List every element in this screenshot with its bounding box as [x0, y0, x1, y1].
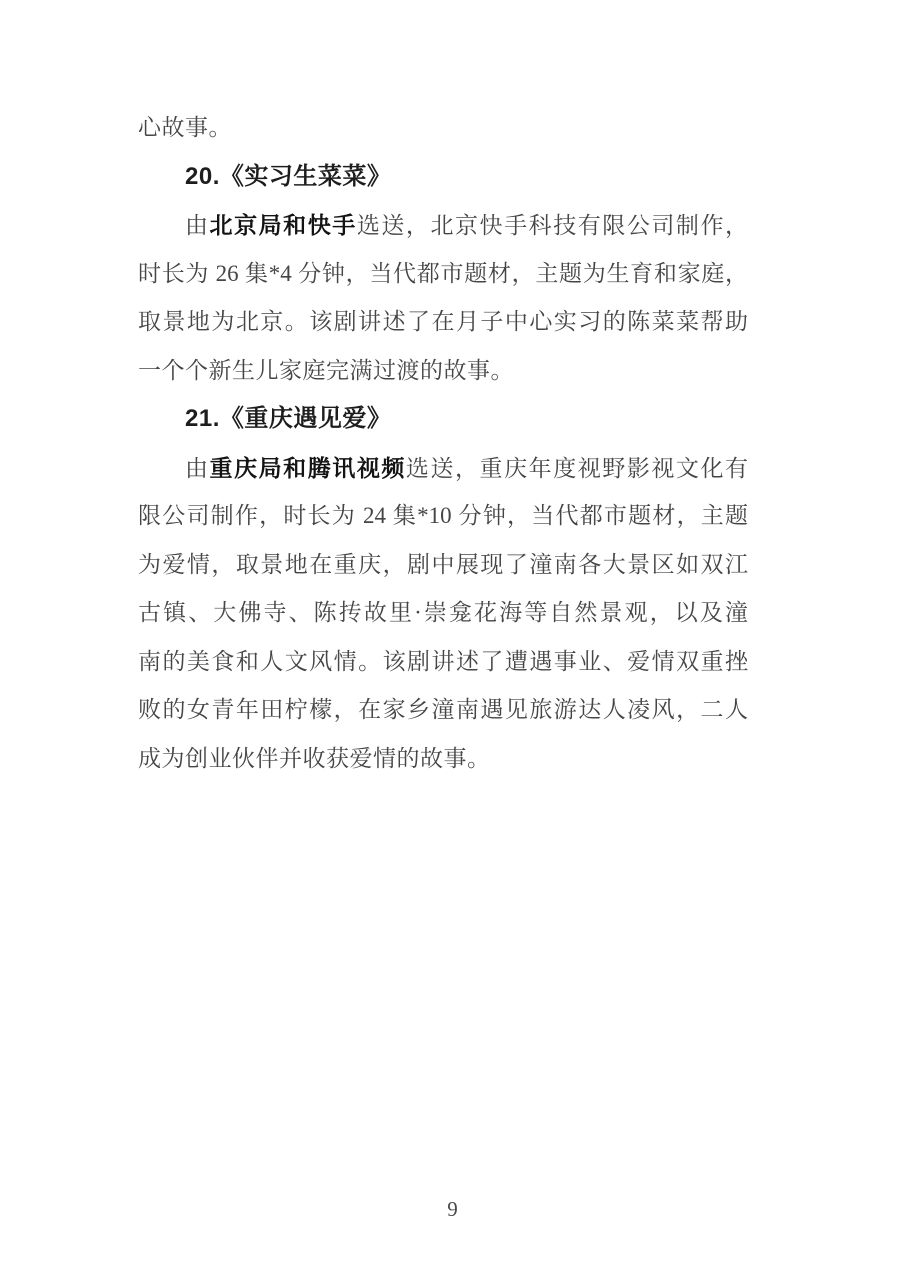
body-text: 由 [185, 456, 210, 481]
page-footer: 9 [0, 1197, 905, 1222]
text-line: 取景地为北京。该剧讲述了在月子中心实习的陈菜菜帮助 [138, 298, 748, 347]
text-line: 时长为 26 集*4 分钟，当代都市题材，主题为生育和家庭， [138, 250, 748, 299]
body-text: 21.《重庆遇见爱》 [185, 405, 391, 432]
document-body: 心故事。20.《实习生菜菜》由北京局和快手选送，北京快手科技有限公司制作，时长为… [138, 104, 748, 783]
body-text: 败的女青年田柠檬，在家乡潼南遇见旅游达人凌风，二人 [138, 697, 748, 722]
document-page: 心故事。20.《实习生菜菜》由北京局和快手选送，北京快手科技有限公司制作，时长为… [0, 0, 905, 1280]
body-text: 选送，重庆年度视野影视文化有 [406, 456, 748, 481]
bold-text: 重庆局和腾讯视频 [210, 455, 406, 481]
body-text: 古镇、大佛寺、陈抟故里·崇龛花海等自然景观，以及潼 [138, 600, 748, 625]
text-line: 成为创业伙伴并收获爱情的故事。 [138, 735, 748, 784]
entry-heading: 21.《重庆遇见爱》 [138, 395, 748, 444]
entry-heading: 20.《实习生菜菜》 [138, 153, 748, 202]
body-text: 选送，北京快手科技有限公司制作， [357, 213, 748, 238]
body-text: 20.《实习生菜菜》 [185, 163, 391, 190]
body-text: 南的美食和人文风情。该剧讲述了遭遇事业、爱情双重挫 [138, 649, 748, 674]
text-line: 南的美食和人文风情。该剧讲述了遭遇事业、爱情双重挫 [138, 638, 748, 687]
text-line: 由重庆局和腾讯视频选送，重庆年度视野影视文化有 [138, 444, 748, 493]
text-line: 一个个新生儿家庭完满过渡的故事。 [138, 347, 748, 396]
body-text: 心故事。 [138, 115, 232, 140]
body-text: 由 [185, 213, 210, 238]
bold-text: 北京局和快手 [210, 212, 357, 238]
body-text: 时长为 26 集*4 分钟，当代都市题材，主题为生育和家庭， [138, 261, 748, 286]
page-number: 9 [447, 1197, 458, 1221]
body-text: 一个个新生儿家庭完满过渡的故事。 [138, 358, 514, 383]
text-line: 限公司制作，时长为 24 集*10 分钟，当代都市题材，主题 [138, 492, 748, 541]
text-line: 由北京局和快手选送，北京快手科技有限公司制作， [138, 201, 748, 250]
body-text: 限公司制作，时长为 24 集*10 分钟，当代都市题材，主题 [138, 503, 748, 528]
body-text: 成为创业伙伴并收获爱情的故事。 [138, 746, 491, 771]
body-text: 取景地为北京。该剧讲述了在月子中心实习的陈菜菜帮助 [138, 309, 748, 334]
text-line: 古镇、大佛寺、陈抟故里·崇龛花海等自然景观，以及潼 [138, 589, 748, 638]
text-line: 败的女青年田柠檬，在家乡潼南遇见旅游达人凌风，二人 [138, 686, 748, 735]
text-line: 为爱情，取景地在重庆，剧中展现了潼南各大景区如双江 [138, 541, 748, 590]
text-line: 心故事。 [138, 104, 748, 153]
body-text: 为爱情，取景地在重庆，剧中展现了潼南各大景区如双江 [138, 552, 748, 577]
